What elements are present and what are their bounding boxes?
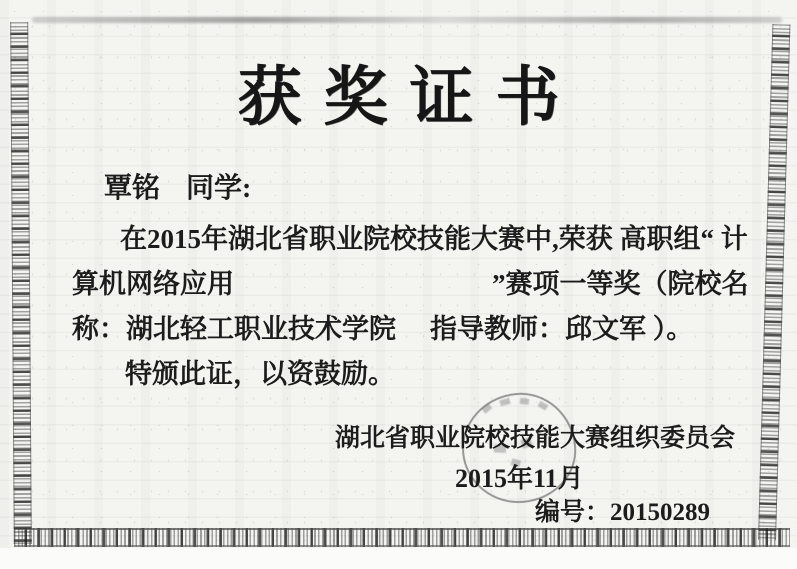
- recipient-name: 覃铭: [104, 173, 160, 204]
- seal-mark: [520, 398, 530, 405]
- recipient-line: 覃铭同学:: [104, 166, 251, 206]
- body-line-2-award: ”赛项一等奖（院校名: [492, 262, 749, 301]
- issuer-organization: 湖北省职业院校技能大赛组织委员会: [335, 418, 735, 454]
- body-line-3-school: 称：湖北轻工职业技术学院: [72, 307, 396, 346]
- certificate-title: 获奖证书: [0, 46, 797, 138]
- body-line-1: 在2015年湖北省职业院校技能大赛中,荣获 高职组“ 计: [120, 217, 748, 256]
- serial-number: 编号：20150289: [535, 492, 710, 528]
- body-line-3-teacher: 指导教师：邱文军 ）。: [430, 307, 693, 346]
- issue-date: 2015年11月: [455, 458, 584, 495]
- frame-bottom-edge: [14, 528, 790, 547]
- seal-mark: [538, 401, 549, 411]
- page-margin-bottom: [0, 548, 797, 569]
- certificate-page: 获奖证书 覃铭同学: 在2015年湖北省职业院校技能大赛中,荣获 高职组“ 计 …: [0, 0, 797, 569]
- body-line-2-contest-name: 算机网络应用: [72, 262, 234, 301]
- seal-mark: [499, 398, 510, 406]
- body-line-4-closing: 特颁此证，以资鼓励。: [125, 352, 395, 391]
- frame-top-edge: [32, 17, 782, 23]
- salutation: 同学:: [186, 173, 251, 204]
- seal-mark: [482, 403, 493, 413]
